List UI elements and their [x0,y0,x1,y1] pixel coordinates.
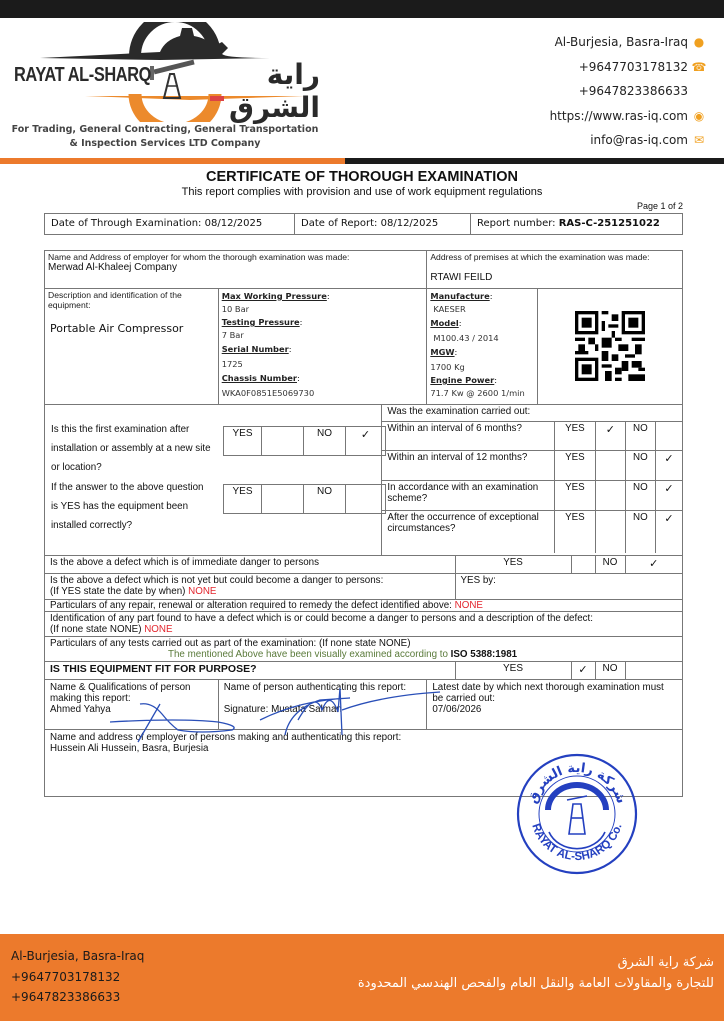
yes-by-field[interactable]: YES by: [455,574,682,599]
first-examination-section: Is this the first examination after inst… [45,405,382,556]
footer-company-ar: شركة راية الشرق للتجارة والمقاولات العام… [358,952,714,994]
interval-row: In accordance with an examination scheme… [382,480,682,510]
tagline-line-1: For Trading, General Contracting, Genera… [10,123,320,137]
telephone-icon: ☎ [692,60,706,74]
interval-12-yes-label: YES [554,450,595,480]
employer-label: Name and Address of employer for whom th… [48,252,423,262]
interval-6-no-checkbox[interactable] [655,421,682,450]
chassis-number-value: WKA0F0851E5069730 [222,387,424,400]
examination-table: Name and Address of employer for whom th… [44,250,683,797]
interval-12-yes-checkbox[interactable] [595,450,625,480]
envelope-icon: ✉ [692,133,706,147]
tests-standard: ISO 5388:1981 [451,649,517,660]
contact-phone-1[interactable]: +9647703178132☎ [446,55,706,80]
mgw-label: MGW [430,347,454,357]
next-exam-date: 07/06/2026 [432,704,677,715]
document-subtitle: This report complies with provision and … [0,186,724,198]
defect-identification-row: Identification of any part found to have… [45,612,683,637]
manufacture-label: Manufacture [430,291,489,301]
report-date-label: Date of Report: [301,218,381,229]
premises-value: RTAWI FEILD [430,272,679,283]
scheme-no-checkbox[interactable]: ✓ [655,480,682,510]
check-mark-icon: ✓ [361,428,370,441]
installed-no-label: NO [304,485,346,514]
equipment-manufacture-cell: Manufacture: KAESER Model: M100.43 / 201… [427,289,538,405]
examination-scheme-label: In accordance with an examination scheme… [382,480,554,510]
future-danger-value: NONE [188,586,216,597]
interval-6-months-label: Within an interval of 6 months? [382,421,554,450]
exceptional-circumstances-label: After the occurrence of exceptional circ… [382,510,554,553]
contact-address: Al-Burjesia, Basra-Iraq● [446,30,706,55]
footer-phone-1[interactable]: +9647703178132 [11,967,144,988]
globe-icon: ◉ [692,109,706,123]
report-number-value: RAS-C-251251022 [559,218,660,229]
premises-label: Address of premises at which the examina… [430,252,679,262]
future-danger-question: Is the above a defect which is not yet b… [50,575,450,586]
qr-code-icon[interactable] [575,311,645,381]
company-stamp-icon: شركة راية الشرق RAYAT AL-SHARQ Co. [515,752,639,876]
report-maker-cell: Name & Qualifications of person making t… [45,680,219,730]
company-tagline: For Trading, General Contracting, Genera… [10,123,320,151]
installed-correctly-question: If the answer to the above question is Y… [51,478,211,535]
contact-phone-1-text[interactable]: +9647703178132 [579,60,688,74]
exceptional-no-label: NO [625,510,655,553]
first-examination-answer: YES NO ✓ [223,426,386,456]
employer-cell: Name and Address of employer for whom th… [45,251,427,289]
report-maker-name: Ahmed Yahya [50,704,213,715]
equipment-specs-cell: Max Working Pressure: 10 Bar Testing Pre… [218,289,427,405]
interval-12-months-label: Within an interval of 12 months? [382,450,554,480]
scheme-yes-checkbox[interactable] [595,480,625,510]
interval-row: Within an interval of 12 months? YES NO … [382,450,682,480]
employer-value: Merwad Al-Khaleej Company [48,262,423,273]
header-stripe-dark [345,158,724,164]
first-exam-no-checkbox[interactable]: ✓ [346,427,386,456]
contact-email-link[interactable]: info@ras-iq.com [590,133,688,147]
footer-contact: Al-Burjesia, Basra-Iraq +9647703178132 +… [11,946,144,1008]
report-dates-row: Date of Through Examination: 08/12/2025 … [44,213,683,235]
first-examination-question: Is this the first examination after inst… [51,420,221,477]
qr-code-cell [538,289,683,405]
first-exam-no-label: NO [304,427,346,456]
company-name-ar: راية الشرق [210,58,320,124]
scheme-yes-label: YES [554,480,595,510]
first-exam-yes-checkbox[interactable] [262,427,304,456]
contact-address-text: Al-Burjesia, Basra-Iraq [555,35,688,49]
interval-row: Within an interval of 6 months? YES ✓ NO [382,421,682,450]
header-stripe-orange [0,158,345,164]
interval-6-yes-checkbox[interactable]: ✓ [595,421,625,450]
immediate-danger-row: Is the above a defect which is of immedi… [45,556,683,574]
testing-pressure-value: 7 Bar [222,329,424,342]
premises-cell: Address of premises at which the examina… [427,251,683,289]
authenticator-label: Name of person authenticating this repor… [224,682,422,693]
max-working-pressure-value: 10 Bar [222,303,424,316]
serial-number-value: 1725 [222,358,424,371]
contact-phone-2[interactable]: +9647823386633. [446,79,706,104]
examination-date-cell: Date of Through Examination: 08/12/2025 [45,214,295,234]
engine-power-value: 71.7 Kw @ 2600 1/min [430,387,534,400]
svg-text:RAYAT AL-SHARQ Co.: RAYAT AL-SHARQ Co. [529,822,624,863]
check-mark-icon: ✓ [664,482,673,495]
installed-yes-checkbox[interactable] [262,485,304,514]
interval-6-no-label: NO [625,421,655,450]
carried-out-label: Was the examination carried out: [382,405,682,421]
next-exam-cell: Latest date by which next thorough exami… [427,680,683,730]
mgw-value: 1700 Kg [430,361,534,374]
manufacture-value: KAESER [430,303,534,316]
exceptional-yes-label: YES [554,510,595,553]
document-title: CERTIFICATE OF THOROUGH EXAMINATION [0,169,724,185]
report-number-cell: Report number: RAS-C-251251022 [471,214,682,234]
next-exam-label: Latest date by which next thorough exami… [432,682,677,704]
repair-value: NONE [455,600,483,611]
installed-no-checkbox[interactable] [346,485,386,514]
defect-identification-value: NONE [144,624,172,635]
installed-correctly-answer: YES NO [223,484,386,514]
tests-value: The mentioned Above have been visually e… [168,649,451,660]
intervals-table: Was the examination carried out: Within … [382,405,682,553]
fit-yes-checkbox[interactable]: ✓ [571,662,595,679]
interval-12-no-checkbox[interactable]: ✓ [655,450,682,480]
first-exam-yes-label: YES [224,427,262,456]
equipment-description-value: Portable Air Compressor [48,322,215,335]
repair-row: Particulars of any repair, renewal or al… [45,600,683,612]
equipment-description-label: Description and identification of the eq… [48,290,215,310]
scheme-no-label: NO [625,480,655,510]
immediate-danger-yes-checkbox[interactable] [571,556,595,573]
immediate-danger-question: Is the above a defect which is of immedi… [45,556,455,573]
immediate-danger-no-label: NO [595,556,625,573]
footer-company-ar-line-1: شركة راية الشرق [358,952,714,973]
defect-identification-label: Identification of any part found to have… [50,613,677,624]
engine-power-label: Engine Power [430,375,494,385]
fit-for-purpose-question: IS THIS EQUIPMENT FIT FOR PURPOSE? [45,662,455,679]
testing-pressure-label: Testing Pressure [222,317,300,327]
header-top-bar [0,0,724,18]
examination-intervals-section: Was the examination carried out: Within … [382,405,683,556]
tests-row: Particulars of any tests carried out as … [45,637,683,662]
equipment-description-cell: Description and identification of the eq… [45,289,219,405]
interval-row: After the occurrence of exceptional circ… [382,510,682,553]
check-mark-icon: ✓ [578,663,587,676]
interval-12-no-label: NO [625,450,655,480]
tests-label: Particulars of any tests carried out as … [50,638,677,649]
check-mark-icon: ✓ [649,557,658,570]
authenticator-cell: Name of person authenticating this repor… [218,680,427,730]
contact-phone-2-text[interactable]: +9647823386633 [579,84,688,98]
fit-yes-label: YES [455,662,571,679]
footer-address: Al-Burjesia, Basra-Iraq [11,946,144,967]
company-logo: RAYAT AL-SHARQ راية الشرق For Trading, G… [10,22,320,150]
future-danger-hint: (If YES state the date by when) [50,586,188,597]
immediate-danger-yes-label: YES [455,556,571,573]
page-number: Page 1 of 2 [637,201,683,211]
fit-no-checkbox[interactable] [625,662,682,679]
fit-no-label: NO [595,662,625,679]
chassis-number-label: Chassis Number [222,373,297,383]
exceptional-no-checkbox[interactable]: ✓ [655,510,682,553]
footer-company-ar-line-2: للتجارة والمقاولات العامة والنقل العام و… [358,973,714,994]
tagline-line-2: & Inspection Services LTD Company [10,137,320,151]
authenticator-signature: Signature: Mustafa Salman [224,704,422,715]
report-number-label: Report number: [477,218,559,229]
model-label: Model [430,318,458,328]
repair-label: Particulars of any repair, renewal or al… [50,600,455,611]
contact-website-link[interactable]: https://www.ras-iq.com [550,109,688,123]
serial-number-label: Serial Number [222,344,289,354]
examination-date-label: Date of Through Examination: [51,218,205,229]
contact-website[interactable]: https://www.ras-iq.com◉ [446,104,706,129]
employer-of-persons-label: Name and address of employer of persons … [50,732,677,743]
check-mark-icon: ✓ [664,452,673,465]
installed-yes-label: YES [224,485,262,514]
contact-block: Al-Burjesia, Basra-Iraq● +9647703178132☎… [446,30,706,153]
contact-email[interactable]: info@ras-iq.com✉ [446,128,706,153]
check-mark-icon: ✓ [664,512,673,525]
max-working-pressure-label: Max Working Pressure [222,291,327,301]
examination-date-value: 08/12/2025 [205,218,263,229]
fit-for-purpose-row: IS THIS EQUIPMENT FIT FOR PURPOSE? YES ✓… [45,662,683,680]
company-name-en: RAYAT AL-SHARQ [14,64,151,87]
report-date-cell: Date of Report: 08/12/2025 [295,214,471,234]
model-value: M100.43 / 2014 [430,332,534,345]
immediate-danger-no-checkbox[interactable]: ✓ [625,556,682,573]
defect-identification-hint: (If none state NONE) [50,624,144,635]
report-maker-label: Name & Qualifications of person making t… [50,682,213,704]
footer-phone-2[interactable]: +9647823386633 [11,987,144,1008]
check-mark-icon: ✓ [606,423,615,436]
page-footer: Al-Burjesia, Basra-Iraq +9647703178132 +… [0,934,724,1021]
report-date-value: 08/12/2025 [381,218,439,229]
future-danger-row: Is the above a defect which is not yet b… [45,574,683,600]
exceptional-yes-checkbox[interactable] [595,510,625,553]
location-pin-icon: ● [692,35,706,49]
interval-6-yes-label: YES [554,421,595,450]
